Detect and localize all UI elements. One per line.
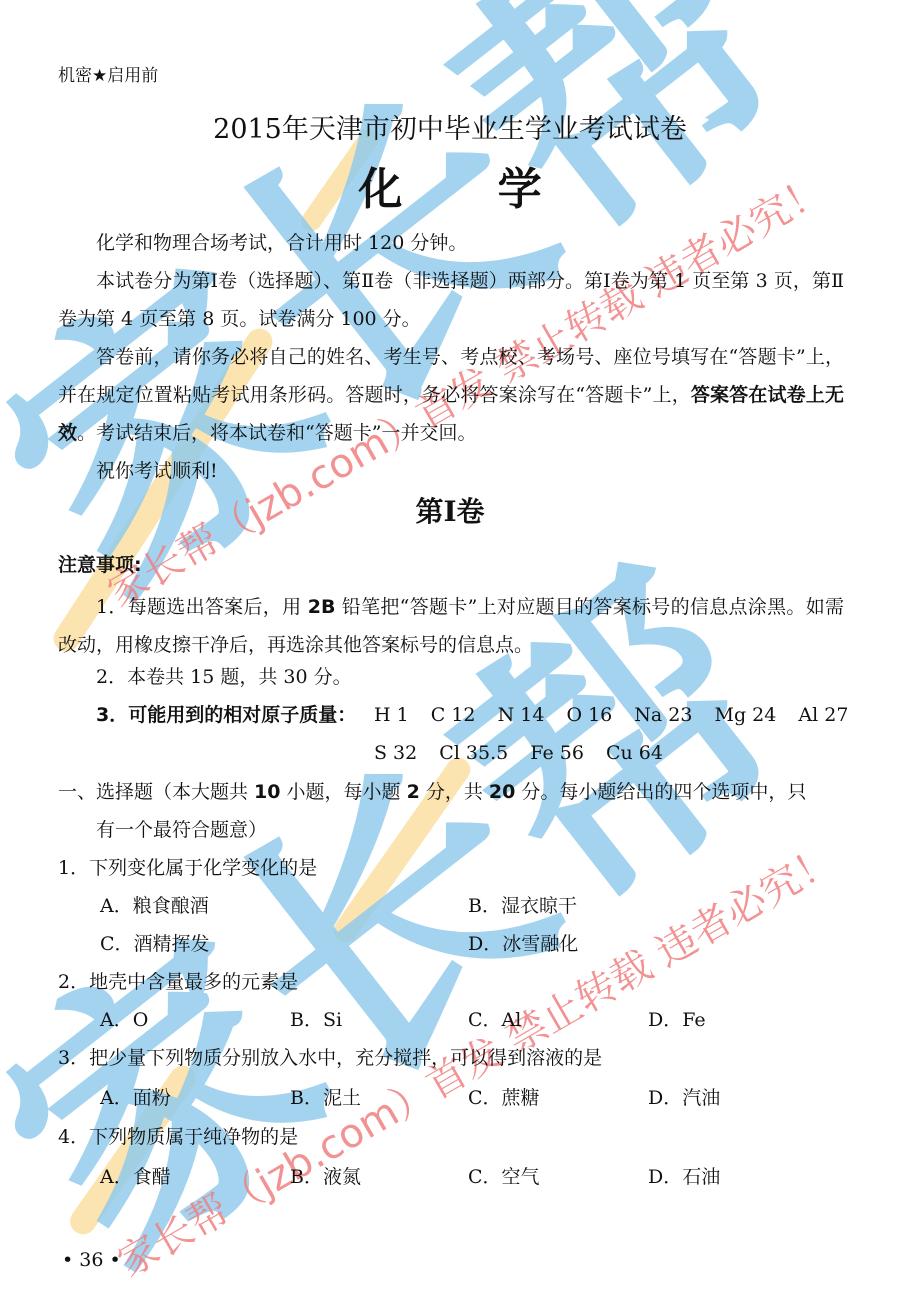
atomic-mass: H 1 [374,704,409,726]
intro-paragraph-3-text-b: 。考试结束后，将本试卷和“答题卡”一并交回。 [77,422,476,444]
atomic-mass: Cl 35.5 [439,742,508,764]
question-4-option-a: A．食醋 [100,1165,171,1189]
question-2-stem: 2．地壳中含量最多的元素是 [58,970,298,994]
exam-page: 机密★启用前 2015年天津市初中毕业生学业考试试卷 化 学 化学和物理合场考试… [0,0,900,1311]
atomic-mass: Mg 24 [715,704,777,726]
notice-item-3-label: 3．可能用到的相对原子质量： [96,704,356,726]
atomic-mass: Cu 64 [606,742,663,764]
part-one-heading-line-2: 有一个最符合题意） [96,818,267,842]
atomic-mass: S 32 [374,742,417,764]
question-3-option-d: D．汽油 [648,1086,720,1110]
question-3-stem: 3．把少量下列物质分别放入水中，充分搅拌，可以得到溶液的是 [58,1046,602,1070]
question-2-option-c: C．Al [468,1008,521,1032]
part-one-heading-c: 分，共 [420,781,489,803]
notice-item-1: 1．每题选出答案后，用 2B 铅笔把“答题卡”上对应题目的答案标号的信息点涂黑。… [58,588,844,664]
notice-item-3: 3．可能用到的相对原子质量： [96,703,356,727]
exam-title: 2015年天津市初中毕业生学业考试试卷 [0,113,900,147]
page-number: • 36 • [62,1248,121,1272]
part-one-heading-d: 分。每小题给出的四个选项中，只 [515,781,806,803]
question-3-option-a: A．面粉 [100,1086,171,1110]
part-one-count: 10 [254,781,280,803]
question-2-option-a: A．O [100,1008,148,1032]
atomic-mass: O 16 [566,704,612,726]
atomic-mass: Al 27 [798,704,848,726]
question-2-option-b: B．Si [290,1008,342,1032]
question-3-option-b: B．泥土 [290,1086,361,1110]
intro-paragraph-2: 本试卷分为第Ⅰ卷（选择题）、第Ⅱ卷（非选择题）两部分。第Ⅰ卷为第 1 页至第 3… [58,262,844,338]
question-1-option-a: A．粮食酿酒 [100,894,209,918]
notice-item-1-text-a: 1．每题选出答案后，用 [96,596,308,618]
notice-item-1-pencil: 2B [308,596,336,618]
question-3-option-c: C．蔗糖 [468,1086,540,1110]
atomic-mass: C 12 [431,704,476,726]
part-one-heading: 一、选择题（本大题共 10 小题，每小题 2 分，共 20 分。每小题给出的四个… [58,780,806,804]
intro-paragraph-1: 化学和物理合场考试，合计用时 120 分钟。 [58,224,844,262]
question-4-stem: 4．下列物质属于纯净物的是 [58,1125,298,1149]
intro-paragraph-3: 答卷前，请你务必将自己的姓名、考生号、考点校、考场号、座位号填写在“答题卡”上，… [58,338,844,452]
question-2-option-d: D．Fe [648,1008,706,1032]
intro-paragraph-4: 祝你考试顺利! [58,452,844,490]
question-1-option-d: D．冰雪融化 [468,932,578,956]
section-title: 第Ⅰ卷 [0,494,900,530]
confidential-label: 机密★启用前 [58,64,158,88]
question-4-option-d: D．石油 [648,1165,720,1189]
part-one-points-total: 20 [489,781,515,803]
question-1-option-c: C．酒精挥发 [100,932,210,956]
part-one-heading-b: 小题，每小题 [281,781,407,803]
question-4-option-b: B．液氮 [290,1165,361,1189]
atomic-mass: Na 23 [634,704,692,726]
question-1-option-b: B．湿衣晾干 [468,894,577,918]
part-one-points-each: 2 [407,781,420,803]
atomic-mass: Fe 56 [530,742,584,764]
atomic-mass: N 14 [498,704,545,726]
atomic-masses-row-2: S 32 Cl 35.5 Fe 56 Cu 64 [374,741,679,765]
part-one-heading-a: 一、选择题（本大题共 [58,781,254,803]
notice-heading: 注意事项: [58,553,142,577]
question-4-option-c: C．空气 [468,1165,540,1189]
atomic-masses-row-1: H 1 C 12 N 14 O 16 Na 23 Mg 24 Al 27 [374,703,864,727]
subject-title: 化 学 [0,163,900,217]
question-1-stem: 1．下列变化属于化学变化的是 [58,856,317,880]
notice-item-2: 2．本卷共 15 题，共 30 分。 [96,665,352,689]
